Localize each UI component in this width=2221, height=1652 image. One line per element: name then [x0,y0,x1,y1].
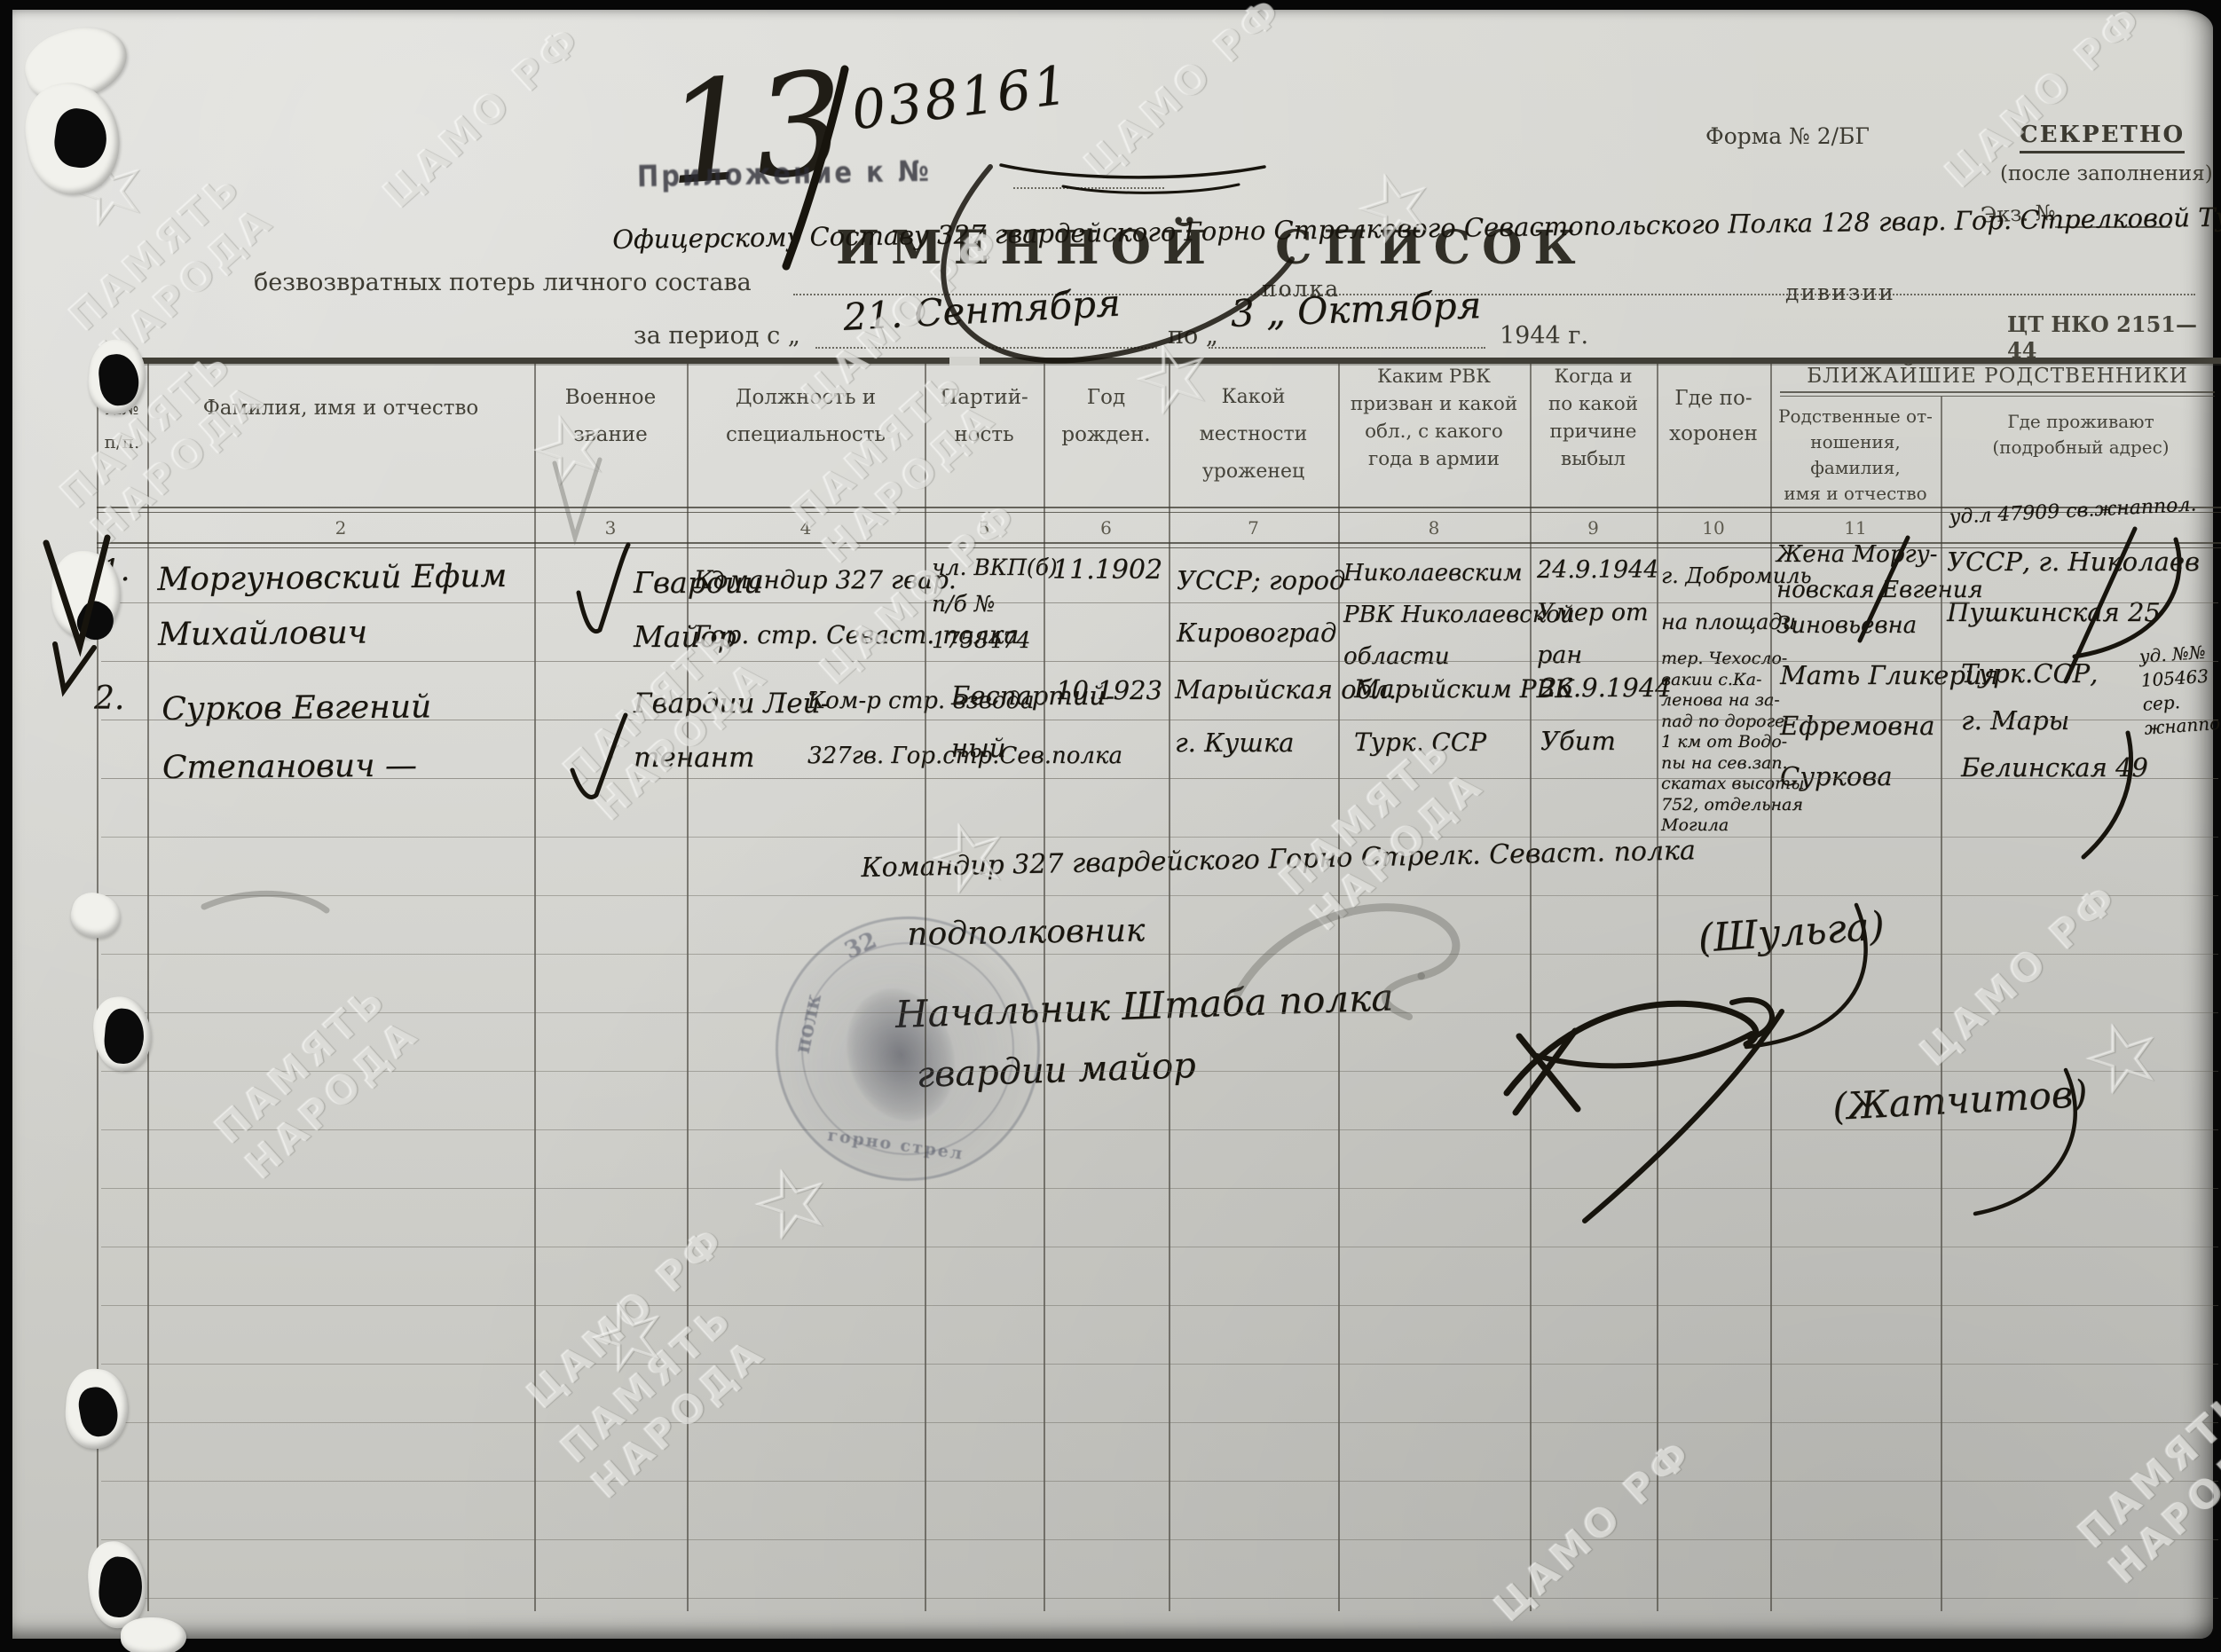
table-ruled-line [101,1129,2218,1130]
table-column-line [534,364,536,1611]
column-number-6: 6 [1044,517,1169,539]
column-number-2: 2 [147,517,534,539]
row2-kin-address: Турк.ССР, г. Мары Белинская 49 [1961,650,2148,791]
table-ruled-line [101,602,2218,603]
relatives-underline-1 [1780,391,2215,393]
paper-hole [67,888,125,943]
table-column-line [925,364,926,1611]
row1-birth-year: 11.1902 [1052,555,1162,586]
table-ruled-line [101,1305,2218,1306]
table-ruled-line [101,837,2218,838]
row1-name: Моргуновский Ефим Михайлович [157,549,508,663]
table-ruled-line [101,895,2218,896]
table-ruled-line [101,1012,2218,1013]
table-ruled-line [101,1364,2218,1365]
print-code-label: ЦТ НКО 2151—44 [2007,311,2213,363]
archive-watermark: ЦАМО РФ [1076,0,1294,189]
archive-watermark: ЦАМО РФ [1486,1429,1704,1632]
column-number-3: 3 [534,517,687,539]
column-header-drafted-by: Каким РВК призван и какой обл., с какого… [1338,363,1530,473]
chief-of-staff-name-handwritten: (Жатчитов) [1831,1072,2089,1129]
table-ruled-line [101,720,2218,720]
star-watermark: ☆ [913,791,1026,922]
scanned-casualty-list-document: 13 038161 Приложение к № Форма № 2/БГ СЕ… [0,0,2221,1652]
division-blank-label: дивизии [1785,279,1895,305]
column-header-kin-address: Где проживают (подробный адрес) [1941,409,2221,460]
table-column-line [1338,364,1340,1611]
table-top-border-gap [949,357,980,366]
row2-margin-note: уд. №№ 105463 сер. жнаппол. [2138,639,2221,741]
table-column-line [147,364,149,1611]
table-column-line [1044,364,1045,1611]
period-to-handwritten: 3 „ Октября [1230,283,1482,335]
period-year-label: 1944 г. [1500,322,1588,350]
header-separator-1a [97,507,2221,508]
column-number-7: 7 [1169,517,1338,539]
archive-watermark: ПАМЯТЬ НАРОДА [206,975,429,1190]
row1-fate: 24.9.1944 Умер от ран [1537,549,1658,677]
column-header-group-relatives: БЛИЖАЙШИЕ РОДСТВЕННИКИ [1778,365,2217,388]
table-ruled-line [101,661,2218,662]
column-number-11: 11 [1770,517,1941,539]
column-number-8: 8 [1338,517,1530,539]
column-header-fate: Когда и по какой причине выбыл [1530,363,1657,473]
table-ruled-line [101,778,2218,779]
form-number-label: Форма № 2/БГ [1705,123,1870,149]
column-header-kin: Родственные от- ношения, фамилия, имя и … [1770,404,1941,507]
row2-index: 2. [94,680,124,717]
table-column-line [1770,364,1772,1611]
table-ruled-line [101,1481,2218,1482]
archive-watermark: ЦАМО РФ [375,16,593,218]
document-paper: 13 038161 Приложение к № Форма № 2/БГ СЕ… [12,10,2213,1639]
table-ruled-line [101,1071,2218,1072]
column-header-burial: Где по- хоронен [1657,381,1770,452]
row1-kin-address: УССР, г. Николаев Пушкинская 25 [1947,537,2200,638]
appendix-stamp-text: Приложение к № [637,154,932,194]
table-ruled-line [101,1247,2218,1247]
table-column-line [1169,364,1170,1611]
period-to-line [1209,347,1485,349]
table-column-line [1657,364,1658,1611]
table-column-line [1941,397,1942,1611]
appendix-stamp-line [1013,187,1164,189]
table-ruled-line [101,1598,2218,1599]
header-separator-1b [97,512,2221,513]
table-ruled-line [101,1188,2218,1189]
table-ruled-line [101,1422,2218,1423]
subtitle-label: безвозвратных потерь личного состава [254,269,752,296]
column-number-10: 10 [1657,517,1770,539]
row2-birth-year: 10.1923 [1056,675,1162,705]
row2-fate: 26.9.1944 Убит [1540,661,1672,767]
row1-birthplace: УССР; город Кировоград [1177,555,1345,659]
incoming-number-handwritten: 038161 [848,54,1074,143]
period-label: за период с „ [634,322,800,350]
table-ruled-line [101,954,2218,955]
row2-name: Сурков Евгений Степанович — [161,678,432,798]
archive-watermark: ПАМЯТЬ НАРОДА [2069,1380,2221,1594]
paper-hole [121,1617,186,1652]
table-column-line [1530,364,1532,1611]
table-ruled-line [101,1539,2218,1540]
secret-note-label: (после заполнения) [2000,162,2213,185]
relatives-underline-2 [1780,396,2215,397]
column-number-9: 9 [1530,517,1657,539]
header-margin-note-handwritten: уд.л 47909 св.жнаппол. [1949,493,2197,529]
